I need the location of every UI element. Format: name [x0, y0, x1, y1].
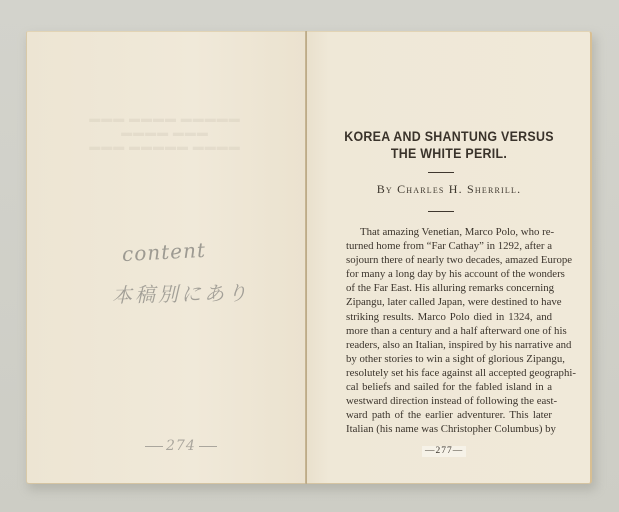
handwritten-page-number: 274 — [142, 438, 220, 454]
body-line: more than a century and a half afterward… — [346, 324, 552, 338]
body-line: turned home from “Far Cathay” in 1292, a… — [346, 239, 552, 253]
body-line: sojourn there of nearly two decades, ama… — [346, 253, 552, 267]
body-line: Italian (his name was Christopher Columb… — [346, 422, 552, 436]
body-text: That amazing Venetian, Marco Polo, who r… — [346, 225, 552, 436]
title-rule — [428, 172, 454, 173]
byline-rule — [428, 211, 454, 212]
book-spine — [305, 31, 307, 484]
body-line: resolutely set his face against all acce… — [346, 366, 552, 380]
body-line: for many a long day by his account of th… — [346, 267, 552, 281]
body-line: ward path of the earlier adventurer. Thi… — [346, 408, 552, 422]
body-line: That amazing Venetian, Marco Polo, who r… — [346, 225, 552, 239]
title-line-2: THE WHITE PERIL. — [317, 145, 580, 162]
body-line: by other stories to win a sight of glori… — [346, 352, 552, 366]
body-line: striking results. Marco Polo died in 132… — [346, 310, 552, 324]
page-number: —277— — [422, 446, 466, 457]
bleed-through-text: ▬▬▬ ▬▬▬▬ ▬▬▬▬▬▬▬▬▬ ▬▬▬▬▬▬ ▬▬▬▬▬ ▬▬▬▬ — [60, 112, 270, 154]
body-line: cal beliefs and sailed for the fabled is… — [346, 380, 552, 394]
byline: By Charles H. Sherrill. — [306, 182, 592, 197]
article-title: KOREA AND SHANTUNG VERSUS THE WHITE PERI… — [317, 128, 580, 162]
body-line: Zipangu, later called Japan, were destin… — [346, 295, 552, 309]
body-line: of the Far East. His alluring remarks co… — [346, 281, 552, 295]
handwritten-note-latin: content — [121, 238, 206, 266]
title-line-1: KOREA AND SHANTUNG VERSUS — [317, 128, 580, 145]
body-line: westward direction instead of following … — [346, 394, 552, 408]
body-line: readers, also an Italian, inspired by hi… — [346, 338, 552, 352]
handwritten-note-japanese: 本稿別にあり — [112, 277, 250, 308]
